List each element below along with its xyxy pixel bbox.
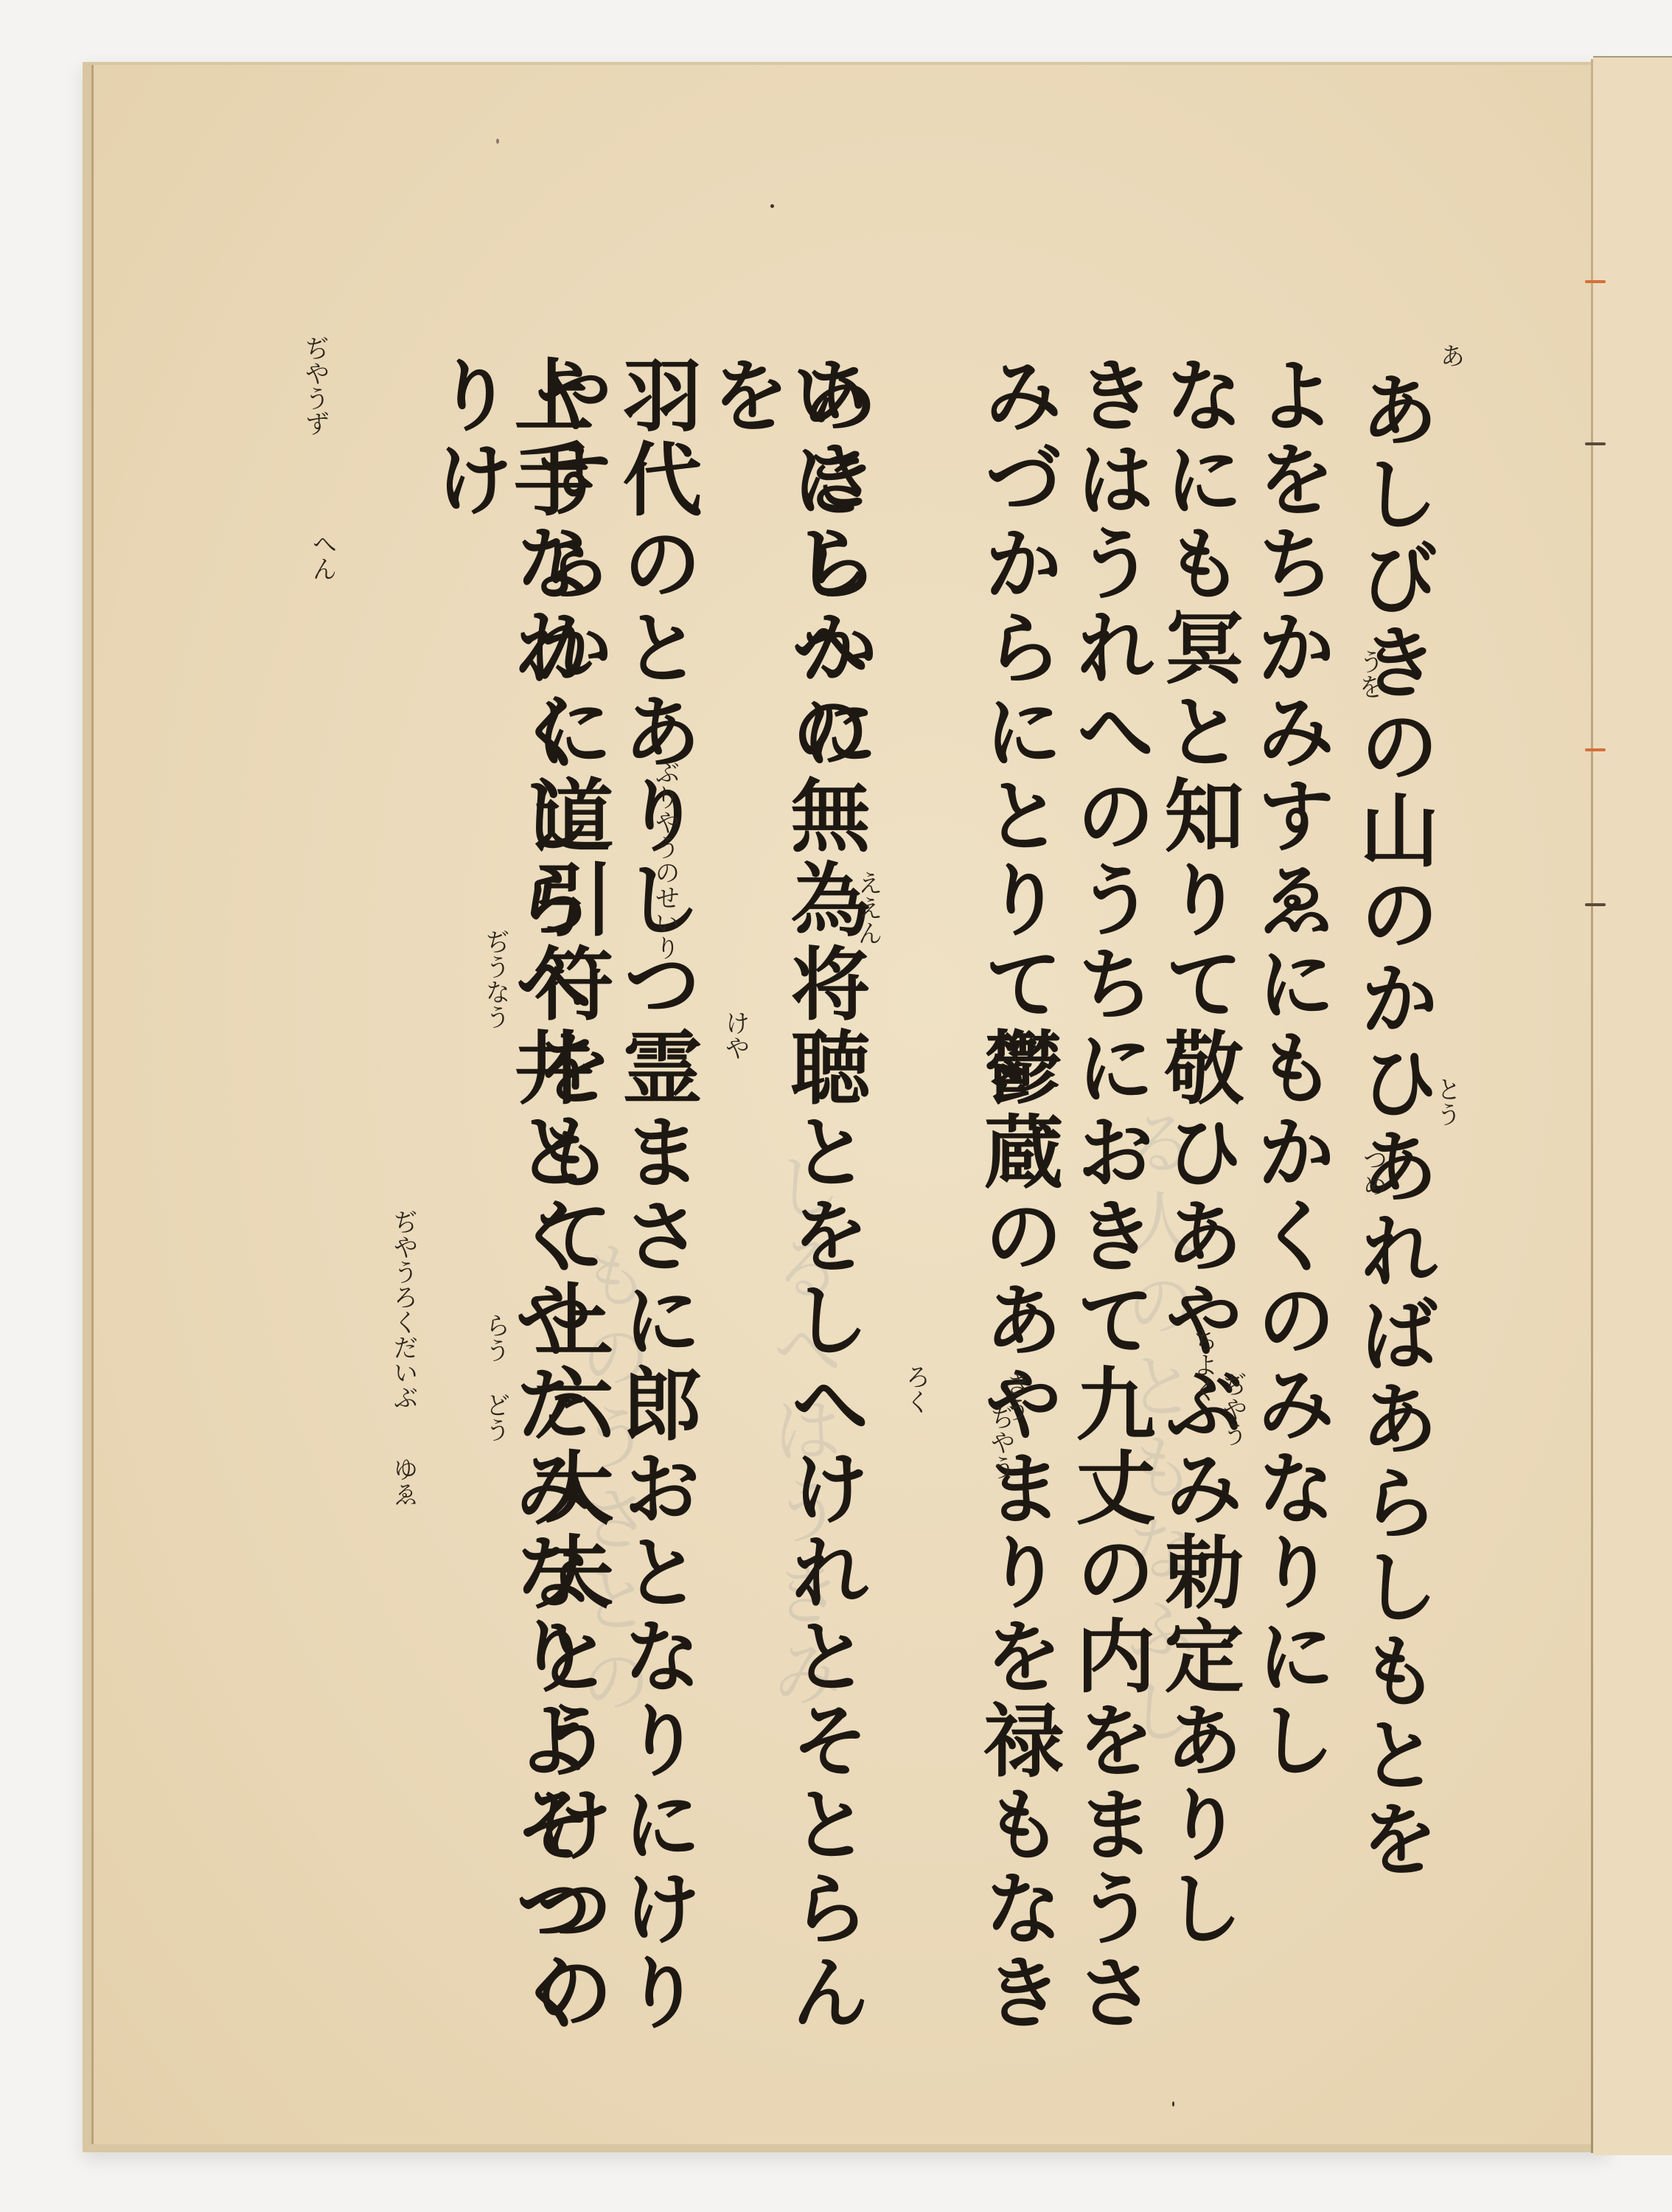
text-column-10: 上手なれくしらへ井とくやたみなりよそつくりけ bbox=[428, 354, 587, 2050]
furigana: つめ bbox=[1360, 1147, 1385, 1197]
furigana: けや bbox=[722, 1010, 748, 1060]
paper-speck bbox=[770, 204, 774, 208]
furigana: とう bbox=[1434, 1077, 1459, 1127]
text-column-7: いにしへの無為将聴とをしへけれとそとらんを bbox=[704, 354, 863, 2050]
furigana: ぶりやうのせいり bbox=[652, 759, 677, 960]
text-column-3: なにも冥と知りて敬ひあやぶみ勅定ありし bbox=[1157, 354, 1237, 2050]
text-column-5: みづからにとりて鬱蔵のあやまりを禄もなき bbox=[977, 354, 1056, 2050]
furigana: ろく bbox=[903, 1364, 928, 1414]
text-column-2: よをちかみすゑにもかくのみなりにし bbox=[1250, 354, 1329, 2050]
furigana: ちよく bbox=[1191, 1327, 1216, 1402]
furigana: らう どう bbox=[483, 1312, 508, 1442]
binding-hole bbox=[1585, 748, 1606, 751]
paper-speck bbox=[1172, 2101, 1174, 2107]
paper-speck bbox=[496, 139, 499, 144]
text-column-4: きはうれへのうちにおきて九丈の内をまうさ bbox=[1069, 354, 1149, 2050]
furigana: あ bbox=[1438, 343, 1463, 368]
text-column-8: 羽代のとありしつ霊まさに郎おとなりにけり bbox=[616, 354, 695, 2050]
furigana: うを bbox=[1356, 649, 1382, 699]
furigana: ぢうなう bbox=[483, 929, 508, 1029]
furigana: ぢやう bbox=[988, 1405, 1013, 1480]
furigana: ぢやうろくだいぶ bbox=[391, 1209, 416, 1410]
facing-page-edge bbox=[1593, 56, 1672, 2155]
furigana: へん bbox=[310, 531, 335, 581]
furigana: ええん bbox=[855, 870, 880, 945]
text-column-1: あしびきの山のかひあればあらしもとを bbox=[1353, 369, 1432, 2065]
furigana: ぢやうず bbox=[302, 335, 327, 436]
furigana: ゆゑ bbox=[391, 1456, 416, 1506]
binding-hole bbox=[1585, 903, 1606, 906]
binding-hole bbox=[1585, 442, 1606, 445]
binding-hole bbox=[1585, 280, 1606, 283]
furigana: ぢやう bbox=[1220, 1371, 1245, 1447]
